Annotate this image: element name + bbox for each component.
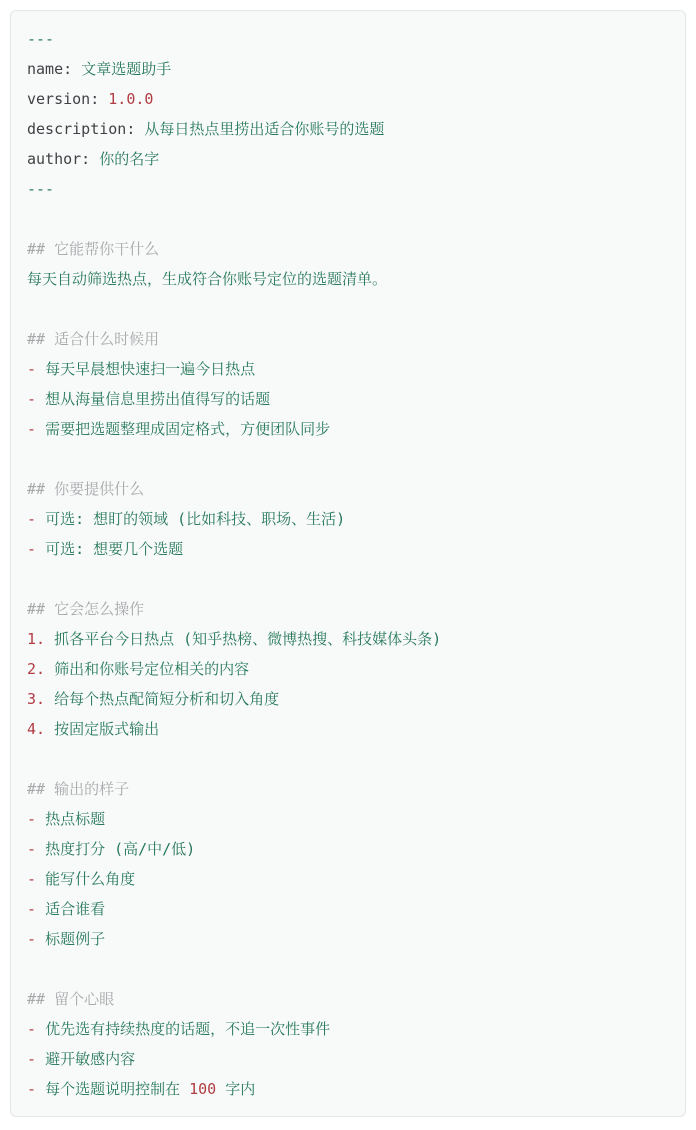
blank [27,564,669,594]
text-segment: - [27,420,45,438]
heading: ## 它会怎么操作 [27,594,669,624]
text-segment: ## 输出的样子 [27,780,129,798]
heading: ## 适合什么时候用 [27,324,669,354]
text-segment: 1.0.0 [108,90,153,108]
text-segment: - [27,390,45,408]
list-item: - 能写什么角度 [27,864,669,894]
list-item: - 每个选题说明控制在 100 字内 [27,1074,669,1104]
text-segment: 能写什么角度 [45,870,135,888]
frontmatter-delimiter: --- [27,174,669,204]
paragraph: 每天自动筛选热点，生成符合你账号定位的选题清单。 [27,264,669,294]
text-segment: - [27,510,45,528]
text-segment: 避开敏感内容 [45,1050,135,1068]
text-segment: 100 [189,1080,216,1098]
text-segment: ## 留个心眼 [27,990,114,1008]
heading: ## 留个心眼 [27,984,669,1014]
text-segment: 文章选题助手 [81,60,171,78]
text-segment: 你的名字 [99,150,159,168]
blank [27,294,669,324]
frontmatter-field: name: 文章选题助手 [27,54,669,84]
text-segment: 热度打分 (高/中/低) [45,840,195,858]
heading: ## 你要提供什么 [27,474,669,504]
text-segment: 适合谁看 [45,900,105,918]
ordered-item: 1. 抓各平台今日热点 (知乎热榜、微博热搜、科技媒体头条) [27,624,669,654]
list-item: - 可选: 想盯的领域 (比如科技、职场、生活) [27,504,669,534]
text-segment: - [27,540,45,558]
text-segment: 给每个热点配简短分析和切入角度 [54,690,279,708]
text-segment: 可选: 想盯的领域 (比如科技、职场、生活) [45,510,345,528]
ordered-item: 2. 筛出和你账号定位相关的内容 [27,654,669,684]
text-segment: name: [27,60,81,78]
list-item: - 标题例子 [27,924,669,954]
text-segment: 字内 [216,1080,255,1098]
text-segment: 1. [27,630,54,648]
ordered-item: 3. 给每个热点配简短分析和切入角度 [27,684,669,714]
list-item: - 每天早晨想快速扫一遍今日热点 [27,354,669,384]
text-segment: ## 它能帮你干什么 [27,240,159,258]
list-item: - 需要把选题整理成固定格式，方便团队同步 [27,414,669,444]
text-segment: 每天早晨想快速扫一遍今日热点 [45,360,255,378]
text-segment: 热点标题 [45,810,105,828]
list-item: - 优先选有持续热度的话题，不追一次性事件 [27,1014,669,1044]
text-segment: version: [27,90,108,108]
blank [27,954,669,984]
text-segment: description: [27,120,144,138]
heading: ## 它能帮你干什么 [27,234,669,264]
text-segment: 筛出和你账号定位相关的内容 [54,660,249,678]
text-segment: - [27,810,45,828]
document-content: ---name: 文章选题助手version: 1.0.0description… [27,24,669,1104]
text-segment: 标题例子 [45,930,105,948]
text-segment: --- [27,180,54,198]
text-segment: 每天自动筛选热点，生成符合你账号定位的选题清单。 [27,270,387,288]
text-segment: 4. [27,720,54,738]
blank [27,204,669,234]
page: ---name: 文章选题助手version: 1.0.0description… [0,0,696,1130]
list-item: - 避开敏感内容 [27,1044,669,1074]
text-segment: ## 适合什么时候用 [27,330,159,348]
text-segment: 3. [27,690,54,708]
text-segment: - [27,930,45,948]
text-segment: 抓各平台今日热点 (知乎热榜、微博热搜、科技媒体头条) [54,630,441,648]
blank [27,444,669,474]
text-segment: - [27,1020,45,1038]
text-segment: - [27,1080,45,1098]
text-segment: 2. [27,660,54,678]
frontmatter-field: version: 1.0.0 [27,84,669,114]
text-segment: - [27,840,45,858]
text-segment: 每个选题说明控制在 [45,1080,189,1098]
text-segment: ## 它会怎么操作 [27,600,144,618]
list-item: - 想从海量信息里捞出值得写的话题 [27,384,669,414]
frontmatter-field: description: 从每日热点里捞出适合你账号的选题 [27,114,669,144]
text-segment: 从每日热点里捞出适合你账号的选题 [144,120,384,138]
text-segment: - [27,870,45,888]
ordered-item: 4. 按固定版式输出 [27,714,669,744]
text-segment: ## 你要提供什么 [27,480,144,498]
blank [27,744,669,774]
text-segment: 想从海量信息里捞出值得写的话题 [45,390,270,408]
text-segment: - [27,900,45,918]
frontmatter-field: author: 你的名字 [27,144,669,174]
text-segment: 优先选有持续热度的话题，不追一次性事件 [45,1020,330,1038]
list-item: - 热点标题 [27,804,669,834]
heading: ## 输出的样子 [27,774,669,804]
text-segment: 需要把选题整理成固定格式，方便团队同步 [45,420,330,438]
text-segment: 可选: 想要几个选题 [45,540,183,558]
list-item: - 适合谁看 [27,894,669,924]
document-card: ---name: 文章选题助手version: 1.0.0description… [10,10,686,1117]
text-segment: 按固定版式输出 [54,720,159,738]
text-segment: author: [27,150,99,168]
list-item: - 热度打分 (高/中/低) [27,834,669,864]
text-segment: --- [27,30,54,48]
frontmatter-delimiter: --- [27,24,669,54]
text-segment: - [27,1050,45,1068]
list-item: - 可选: 想要几个选题 [27,534,669,564]
text-segment: - [27,360,45,378]
